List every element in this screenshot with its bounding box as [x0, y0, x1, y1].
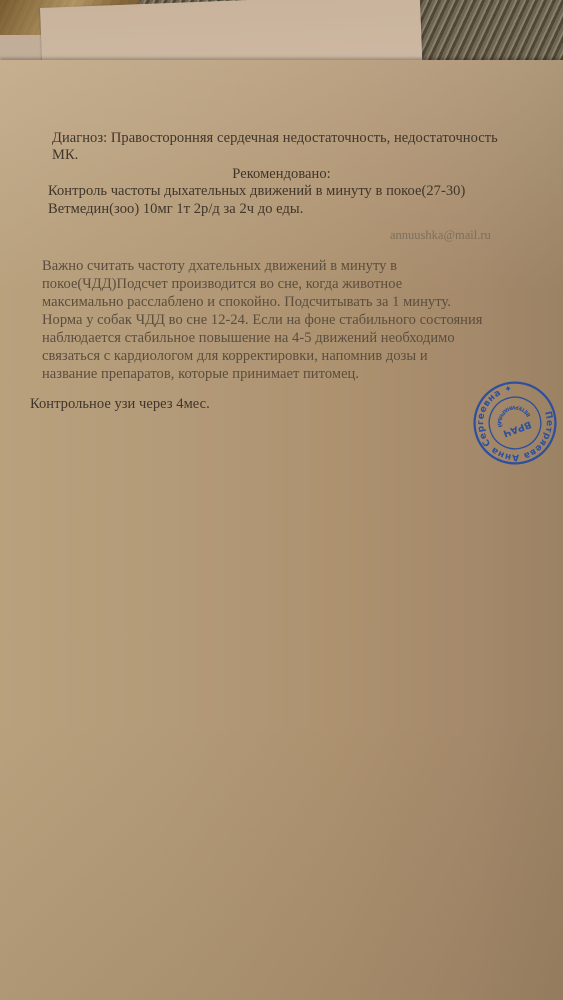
stamp-seal-icon: Петряева Анна Сергеевна ✦ ВЕТЕРИНАРНЫЙ В…: [472, 380, 558, 466]
note-line: наблюдается стабильное повышение на 4-5 …: [42, 328, 455, 348]
diagnosis-line-2: МК.: [52, 145, 78, 165]
note-line: Важно считать частоту дхательных движени…: [42, 256, 397, 276]
svg-text:Петряева Анна Сергеевна ✦: Петряева Анна Сергеевна ✦: [472, 380, 558, 466]
doctor-email: annuushka@mail.ru: [390, 228, 491, 243]
note-line: максимально расслаблено и спокойно. Подс…: [42, 292, 451, 312]
note-line: Норма у собак ЧДД во сне 12-24. Если на …: [42, 310, 483, 330]
diagnosis-line-1: Диагноз: Правосторонняя сердечная недост…: [52, 128, 498, 148]
note-line: название препаратов, которые принимает п…: [42, 364, 359, 384]
svg-text:ВРАЧ: ВРАЧ: [501, 418, 532, 438]
note-line: связаться с кардиологом для корректировк…: [42, 346, 428, 366]
recommendation-item: Ветмедин(зоо) 10мг 1т 2р/д за 2ч до еды.: [48, 199, 303, 219]
recommendation-item: Контроль частоты дыхательных движений в …: [48, 181, 465, 201]
followup-ultrasound: Контрольное узи через 4мес.: [30, 394, 210, 414]
document-page: Диагноз: Правосторонняя сердечная недост…: [0, 60, 563, 1000]
note-line: покое(ЧДД)Подсчет производится во сне, к…: [42, 274, 402, 294]
veterinarian-stamp: Петряева Анна Сергеевна ✦ ВЕТЕРИНАРНЫЙ В…: [472, 380, 558, 466]
